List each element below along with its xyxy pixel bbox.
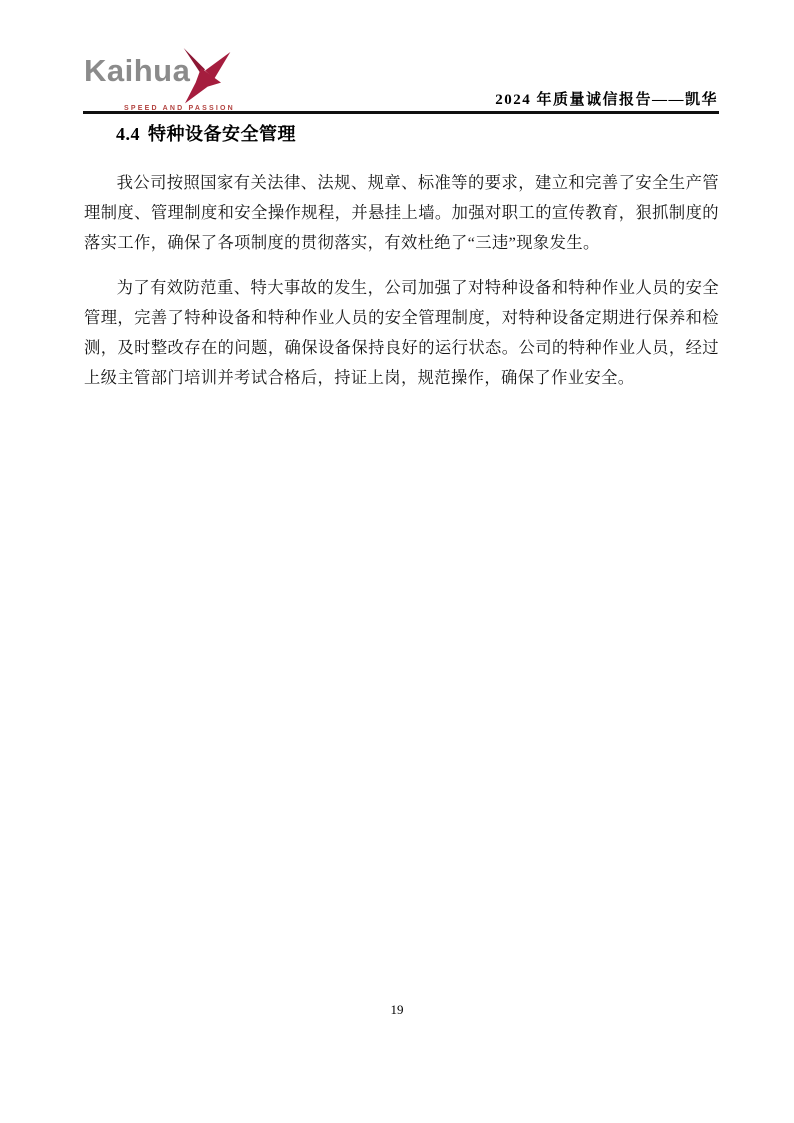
paragraph-safety-system: 我公司按照国家有关法律、法规、规章、标准等的要求，建立和完善了安全生产管理制度、… — [84, 168, 719, 258]
section-heading: 4.4特种设备安全管理 — [116, 120, 719, 146]
section-number: 4.4 — [116, 124, 140, 144]
document-page: Kaihua SPEED AND PASSION 2024 年质量诚信报告——凯… — [0, 0, 794, 1123]
brand-logo: Kaihua SPEED AND PASSION — [84, 54, 235, 112]
page-body: 4.4特种设备安全管理 我公司按照国家有关法律、法规、规章、标准等的要求，建立和… — [84, 120, 719, 408]
brand-logo-row: Kaihua — [84, 54, 235, 104]
report-header-title: 2024 年质量诚信报告——凯华 — [495, 88, 718, 109]
page-number: 19 — [0, 1002, 794, 1018]
brand-name: Kaihua — [84, 54, 190, 88]
hummingbird-icon — [178, 48, 232, 104]
paragraph-special-equipment: 为了有效防范重、特大事故的发生，公司加强了对特种设备和特种作业人员的安全管理，完… — [84, 273, 719, 393]
section-title: 特种设备安全管理 — [148, 124, 296, 144]
header-divider — [83, 111, 719, 114]
